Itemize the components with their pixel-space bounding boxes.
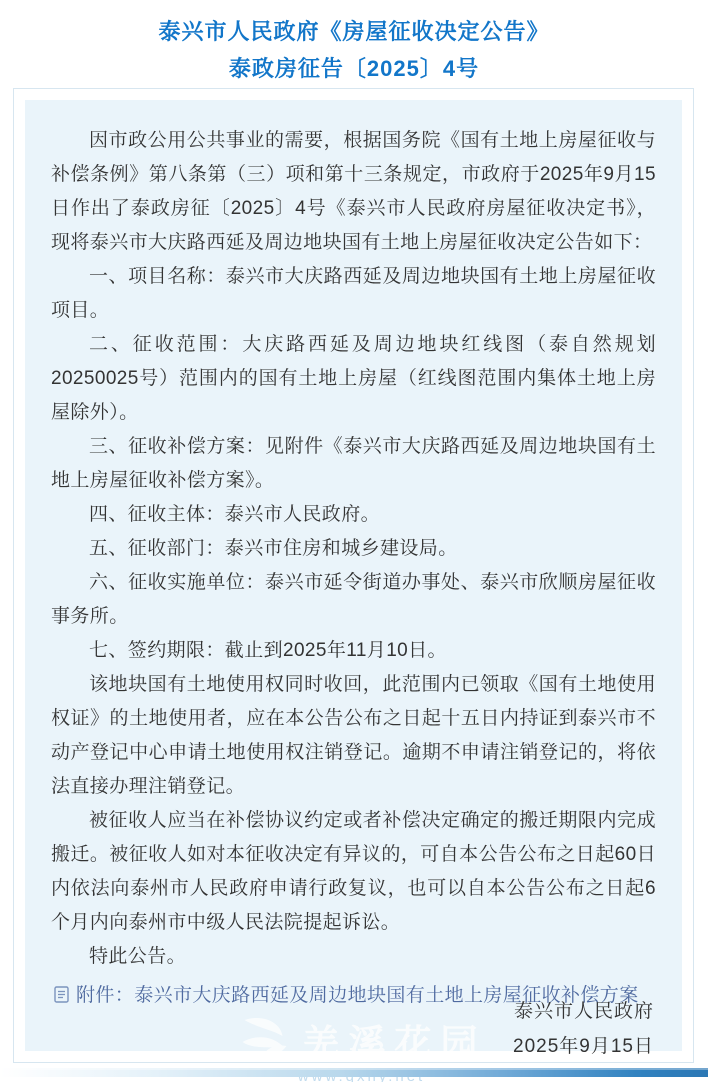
notice-paragraph: 该地块国有土地使用权同时收回，此范围内已领取《国有土地使用权证》的土地使用者，应… [51,668,656,804]
notice-paragraph: 四、征收主体：泰兴市人民政府。 [51,498,656,532]
notice-paragraph: 因市政公用公共事业的需要，根据国务院《国有土地上房屋征收与补偿条例》第八条第（三… [51,124,656,260]
footer-gradient-bar [0,1068,708,1077]
signature-date: 2025年9月15日 [513,1029,654,1064]
notice-title-line1: 泰兴市人民政府《房屋征收决定公告》 [0,13,708,50]
notice-closing: 特此公告。 [51,940,656,974]
document-icon [54,981,69,1015]
notice-box: 因市政公用公共事业的需要，根据国务院《国有土地上房屋征收与补偿条例》第八条第（三… [13,88,694,1063]
notice-page: 泰兴市人民政府《房屋征收决定公告》 泰政房征告〔2025〕4号 因市政公用公共事… [0,0,708,1082]
notice-paragraph: 二、征收范围：大庆路西延及周边地块红线图（泰自然规划20250025号）范围内的… [51,328,656,430]
notice-paragraph: 五、征收部门：泰兴市住房和城乡建设局。 [51,532,656,566]
signature-org: 泰兴市人民政府 [513,994,654,1029]
notice-body-panel: 因市政公用公共事业的需要，根据国务院《国有土地上房屋征收与补偿条例》第八条第（三… [25,100,682,1051]
notice-paragraph: 一、项目名称：泰兴市大庆路西延及周边地块国有土地上房屋征收项目。 [51,260,656,328]
notice-doc-number: 泰政房征告〔2025〕4号 [0,50,708,87]
notice-paragraph: 七、签约期限：截止到2025年11月10日。 [51,634,656,668]
notice-paragraph: 六、征收实施单位：泰兴市延令街道办事处、泰兴市欣顺房屋征收事务所。 [51,566,656,634]
page-title: 泰兴市人民政府《房屋征收决定公告》 泰政房征告〔2025〕4号 [0,0,708,87]
notice-paragraph: 被征收人应当在补偿协议约定或者补偿决定确定的搬迁期限内完成搬迁。被征收人如对本征… [51,804,656,940]
signature-block: 泰兴市人民政府 2025年9月15日 [513,994,654,1064]
notice-paragraph: 三、征收补偿方案：见附件《泰兴市大庆路西延及周边地块国有土地上房屋征收补偿方案》… [51,430,656,498]
